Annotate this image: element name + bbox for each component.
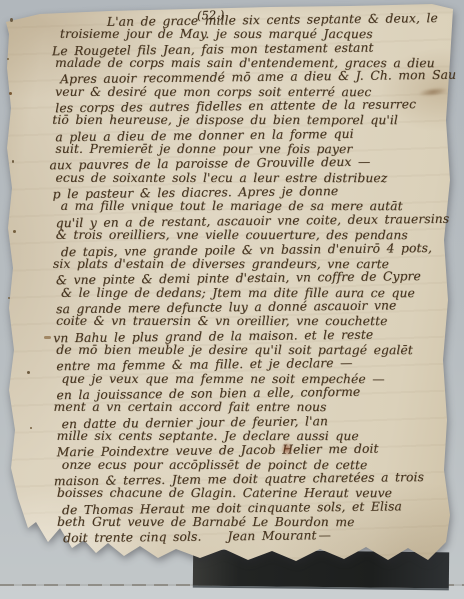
paper-speck [12,160,14,163]
signature: Jean Mourant [227,529,331,544]
page-number-annotation: (52.) [197,8,225,23]
paper-speck [7,58,9,60]
paper-speck [44,336,51,339]
manuscript-photograph: (52.) L'an de grace mille six cents sept… [0,0,464,599]
paper-speck [8,297,10,299]
paper-speck [13,230,16,233]
ink-blot [281,442,293,456]
paper-speck [10,18,13,22]
manuscript-line-text: doit trente cinq sols. [63,530,201,546]
paper-speck [27,371,30,374]
paper-speck [30,427,32,429]
handwritten-text-block: L'an de grace mille six cents septante &… [55,12,453,544]
manuscript-line: doit trente cinq sols.Jean Mourant [63,527,453,546]
paper-speck [9,92,12,95]
